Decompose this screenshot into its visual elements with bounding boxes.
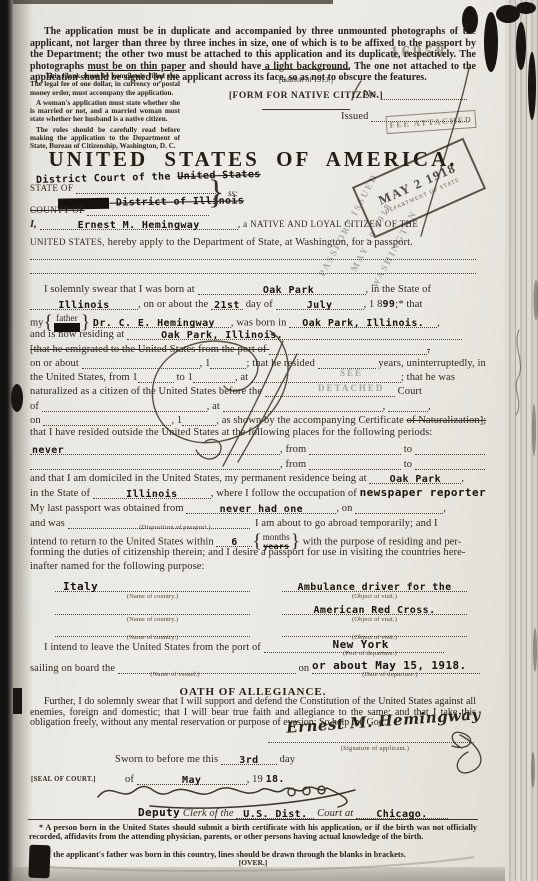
duties-line: forming the duties of citizenship therei…	[30, 547, 476, 558]
resided-outside-intro: that I have resided outside the United S…	[30, 427, 476, 438]
applicant-name: Ernest M. Hemingway	[78, 220, 200, 231]
port-label: (Port of departure.)	[300, 650, 440, 657]
ruled-line	[30, 273, 476, 274]
months-blank: 6	[216, 534, 252, 547]
nat-line5: of , at , ,	[30, 399, 476, 412]
birthstate-blank: Illinois	[30, 297, 138, 310]
purpose-intro: inafter named for the following purpose:	[30, 561, 476, 572]
date-label: (Date of departure.)	[320, 671, 460, 678]
nat-line2: on or about , 1; that he resided years, …	[30, 356, 476, 369]
see-stamp: SEE	[340, 368, 363, 378]
edition-label: [Edition of 1913.]	[208, 75, 404, 84]
residence-blank: Oak Park	[369, 471, 461, 484]
ss-brace: }	[208, 174, 224, 212]
sworn-line1: Sworn to before me this 3rd day	[115, 752, 415, 765]
sworn-line2: of May, 19 18.	[125, 772, 425, 785]
pointing-hand-icon: ☞	[36, 71, 42, 80]
ruled-line	[30, 259, 476, 260]
birthplace: Oak Park	[249, 285, 314, 296]
nat-line4: naturalized as a citizen of the United S…	[30, 384, 476, 397]
margin-note: ☞ This blank must be completely filled o…	[30, 72, 180, 153]
county-of-line: COUNTY OF	[30, 203, 476, 216]
birth-line2: Illinois, on or about the 21st day of Ju…	[30, 297, 476, 310]
no-field: No.	[363, 87, 475, 100]
blank-line	[269, 342, 427, 355]
birthplace-blank: Oak Park	[198, 282, 366, 295]
binding-strip	[0, 0, 13, 881]
sworn-day: 3rd	[239, 755, 258, 766]
blank-line	[182, 413, 216, 426]
blank-line	[309, 457, 401, 470]
court-name-blank: U.S. Dist.	[236, 806, 314, 819]
nat-line3: the United States, from 1 to 1, at ; tha…	[30, 370, 476, 383]
residence: Oak Park	[390, 474, 441, 485]
applicant-line: I, Ernest M. Hemingway, a NATIVE AND LOY…	[30, 217, 476, 230]
blank-line	[30, 457, 280, 470]
birthmonth-blank: July	[276, 297, 364, 310]
passport-application-scan: 16958 The application must be in duplica…	[0, 0, 538, 881]
signature-label: (Signature of applicant.)	[300, 745, 450, 752]
blank-line	[223, 399, 383, 412]
domicile-line2: in the State of Illinois, where I follow…	[30, 486, 476, 499]
blank-line	[43, 413, 171, 426]
state-value: Illinois	[126, 489, 177, 500]
last-passport-blank: never had one	[186, 501, 336, 514]
birthday-blank: 21st	[211, 297, 243, 310]
over-label: [OVER.]	[30, 858, 476, 867]
resided-row1: never, from to	[30, 442, 476, 455]
top-edge-shadow	[13, 0, 333, 4]
detached-stamp: DETACHED	[318, 383, 384, 393]
sworn-month: May	[182, 775, 201, 786]
seal-of-court-label: [SEAL OF COURT.]	[31, 776, 96, 783]
blank-line	[210, 356, 246, 369]
blank-line	[317, 327, 462, 340]
last-passport-line: My last passport was obtained from never…	[30, 501, 476, 514]
deputy-typed: Deputy	[138, 806, 180, 819]
blank-line	[309, 442, 401, 455]
bottom-edge-shadow	[13, 867, 505, 881]
blank-line	[415, 457, 485, 470]
birthday: 21st	[214, 300, 240, 311]
emigrated-line-struck: [that he emigrated to the United States …	[30, 342, 476, 355]
sworn-month-blank: May	[137, 772, 247, 785]
place-blank: never	[30, 442, 280, 455]
blank-line	[138, 370, 174, 383]
resided-never: never	[32, 445, 64, 456]
vessel-label: (Name of vessel.)	[95, 671, 255, 678]
occupation: newspaper reporter	[360, 486, 486, 499]
birthmonth: July	[307, 300, 333, 311]
purpose-labels-2: (Name of country.)(Object of visit.)	[55, 613, 475, 624]
last-passport: never had one	[220, 504, 303, 515]
blank-line	[82, 356, 200, 369]
city-blank: Chicago.	[356, 806, 448, 819]
birthyear: 99	[382, 299, 395, 310]
resided-row2: , from to	[30, 457, 476, 470]
signature-line	[268, 742, 474, 743]
ss-label: ss:	[228, 188, 238, 198]
sworn-day-blank: 3rd	[221, 752, 277, 765]
blank-line	[193, 370, 235, 383]
blank-line	[87, 203, 209, 216]
deputy-clerk-line: Deputy Clerk of the U.S. Dist. Court at …	[138, 806, 468, 819]
rule	[262, 109, 350, 110]
sworn-year: 18.	[266, 774, 285, 785]
father-residence-blank: Oak Park, Illinois.	[127, 327, 317, 340]
purpose-labels-1: (Name of country.)(Object of visit.)	[55, 590, 475, 601]
blank-line	[355, 501, 443, 514]
disposition-label: (Disposition of passport.)	[90, 524, 260, 531]
blank-line	[42, 399, 207, 412]
footnote-1: * A person born in the United States sho…	[29, 823, 477, 842]
footnote-rule	[28, 819, 478, 820]
rule	[262, 69, 350, 70]
father-residence: Oak Park, Illinois.	[161, 330, 283, 341]
blank-line	[388, 399, 428, 412]
blank-line	[251, 370, 401, 383]
blank-line	[415, 442, 485, 455]
state-blank: Illinois	[93, 486, 211, 499]
birth-line1: I solemnly swear that I was born at Oak …	[30, 282, 476, 295]
father-residence-line: and is now residing at Oak Park, Illinoi…	[30, 327, 476, 340]
book-page-edges	[505, 0, 538, 881]
domicile-line1: and that I am domiciled in the United St…	[30, 471, 476, 484]
apply-line2: UNITED STATES, hereby apply to the Depar…	[30, 237, 476, 248]
blank-line	[382, 87, 467, 100]
nat-line6: on , 1, as shown by the accompanying Cer…	[30, 413, 476, 426]
applicant-name-blank: Ernest M. Hemingway	[40, 217, 238, 230]
birthstate: Illinois	[58, 300, 109, 311]
